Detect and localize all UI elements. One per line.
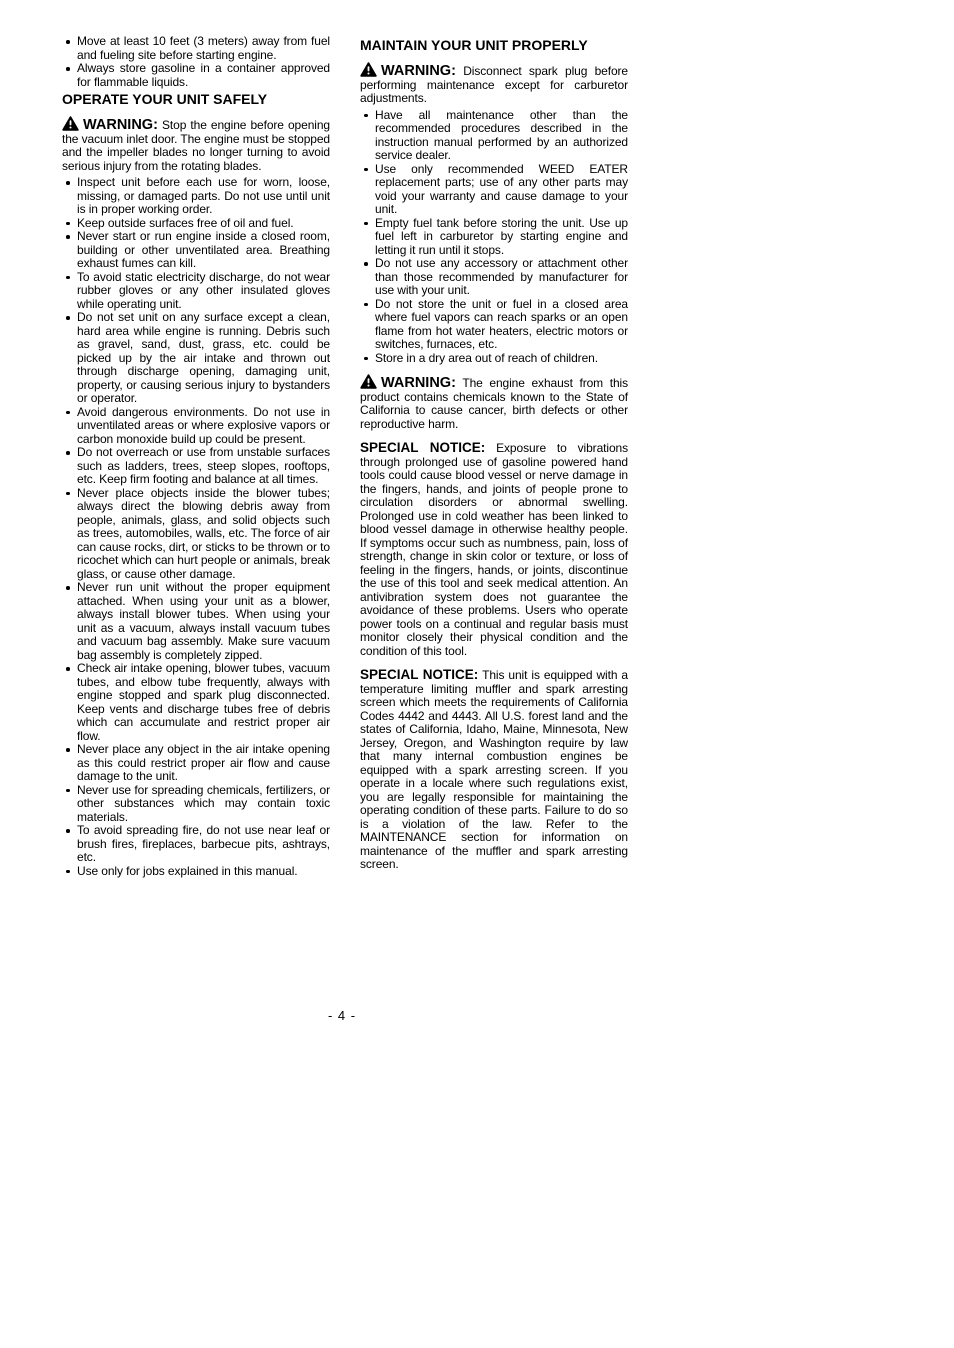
notice-paragraph: SPECIAL NOTICE: This unit is equipped wi…	[360, 668, 628, 872]
bullet-list: Have all maintenance other than the reco…	[360, 109, 628, 366]
left-column: Move at least 10 feet (3 meters) away fr…	[62, 35, 330, 878]
warning-label: WARNING:	[381, 375, 456, 391]
warning-triangle-icon	[360, 62, 377, 77]
manual-page: Move at least 10 feet (3 meters) away fr…	[0, 0, 954, 1348]
list-item: Do not use any accessory or attachment o…	[360, 257, 628, 298]
list-item: Use only for jobs explained in this manu…	[62, 865, 330, 879]
bullet-list: Inspect unit before each use for worn, l…	[62, 176, 330, 878]
warning-label: WARNING:	[83, 117, 158, 133]
warning-triangle-icon	[360, 374, 377, 389]
warning-paragraph: WARNING: Stop the engine before opening …	[62, 116, 330, 173]
section-heading: OPERATE YOUR UNIT SAFELY	[62, 91, 330, 107]
list-item: Always store gasoline in a container app…	[62, 62, 330, 89]
list-item: Avoid dangerous environments. Do not use…	[62, 406, 330, 447]
list-item: Do not store the unit or fuel in a close…	[360, 298, 628, 352]
bullet-list: Move at least 10 feet (3 meters) away fr…	[62, 35, 330, 89]
list-item: Never start or run engine inside a close…	[62, 230, 330, 271]
list-item: Use only recommended WEED EATER replacem…	[360, 163, 628, 217]
list-item: Empty fuel tank before storing the unit.…	[360, 217, 628, 258]
page-content: Move at least 10 feet (3 meters) away fr…	[62, 35, 628, 878]
right-column: MAINTAIN YOUR UNIT PROPERLYWARNING: Disc…	[360, 35, 628, 878]
list-item: Move at least 10 feet (3 meters) away fr…	[62, 35, 330, 62]
notice-label: SPECIAL NOTICE:	[360, 440, 485, 455]
warning-label: WARNING:	[381, 63, 456, 79]
list-item: To avoid spreading fire, do not use near…	[62, 824, 330, 865]
list-item: Keep outside surfaces free of oil and fu…	[62, 217, 330, 231]
warning-paragraph: WARNING: Disconnect spark plug before pe…	[360, 62, 628, 106]
list-item: Never place objects inside the blower tu…	[62, 487, 330, 582]
list-item: Never run unit without the proper equipm…	[62, 581, 330, 662]
list-item: To avoid static electricity discharge, d…	[62, 271, 330, 312]
list-item: Check air intake opening, blower tubes, …	[62, 662, 330, 743]
notice-paragraph: SPECIAL NOTICE: Exposure to vibrations t…	[360, 441, 628, 658]
list-item: Do not set unit on any surface except a …	[62, 311, 330, 406]
list-item: Never place any object in the air intake…	[62, 743, 330, 784]
list-item: Have all maintenance other than the reco…	[360, 109, 628, 163]
list-item: Never use for spreading chemicals, ferti…	[62, 784, 330, 825]
list-item: Inspect unit before each use for worn, l…	[62, 176, 330, 217]
list-item: Store in a dry area out of reach of chil…	[360, 352, 628, 366]
list-item: Do not overreach or use from unstable su…	[62, 446, 330, 487]
notice-label: SPECIAL NOTICE:	[360, 667, 478, 682]
section-heading: MAINTAIN YOUR UNIT PROPERLY	[360, 37, 628, 53]
warning-paragraph: WARNING: The engine exhaust from this pr…	[360, 374, 628, 431]
warning-triangle-icon	[62, 116, 79, 131]
page-number: - 4 -	[62, 1008, 622, 1023]
